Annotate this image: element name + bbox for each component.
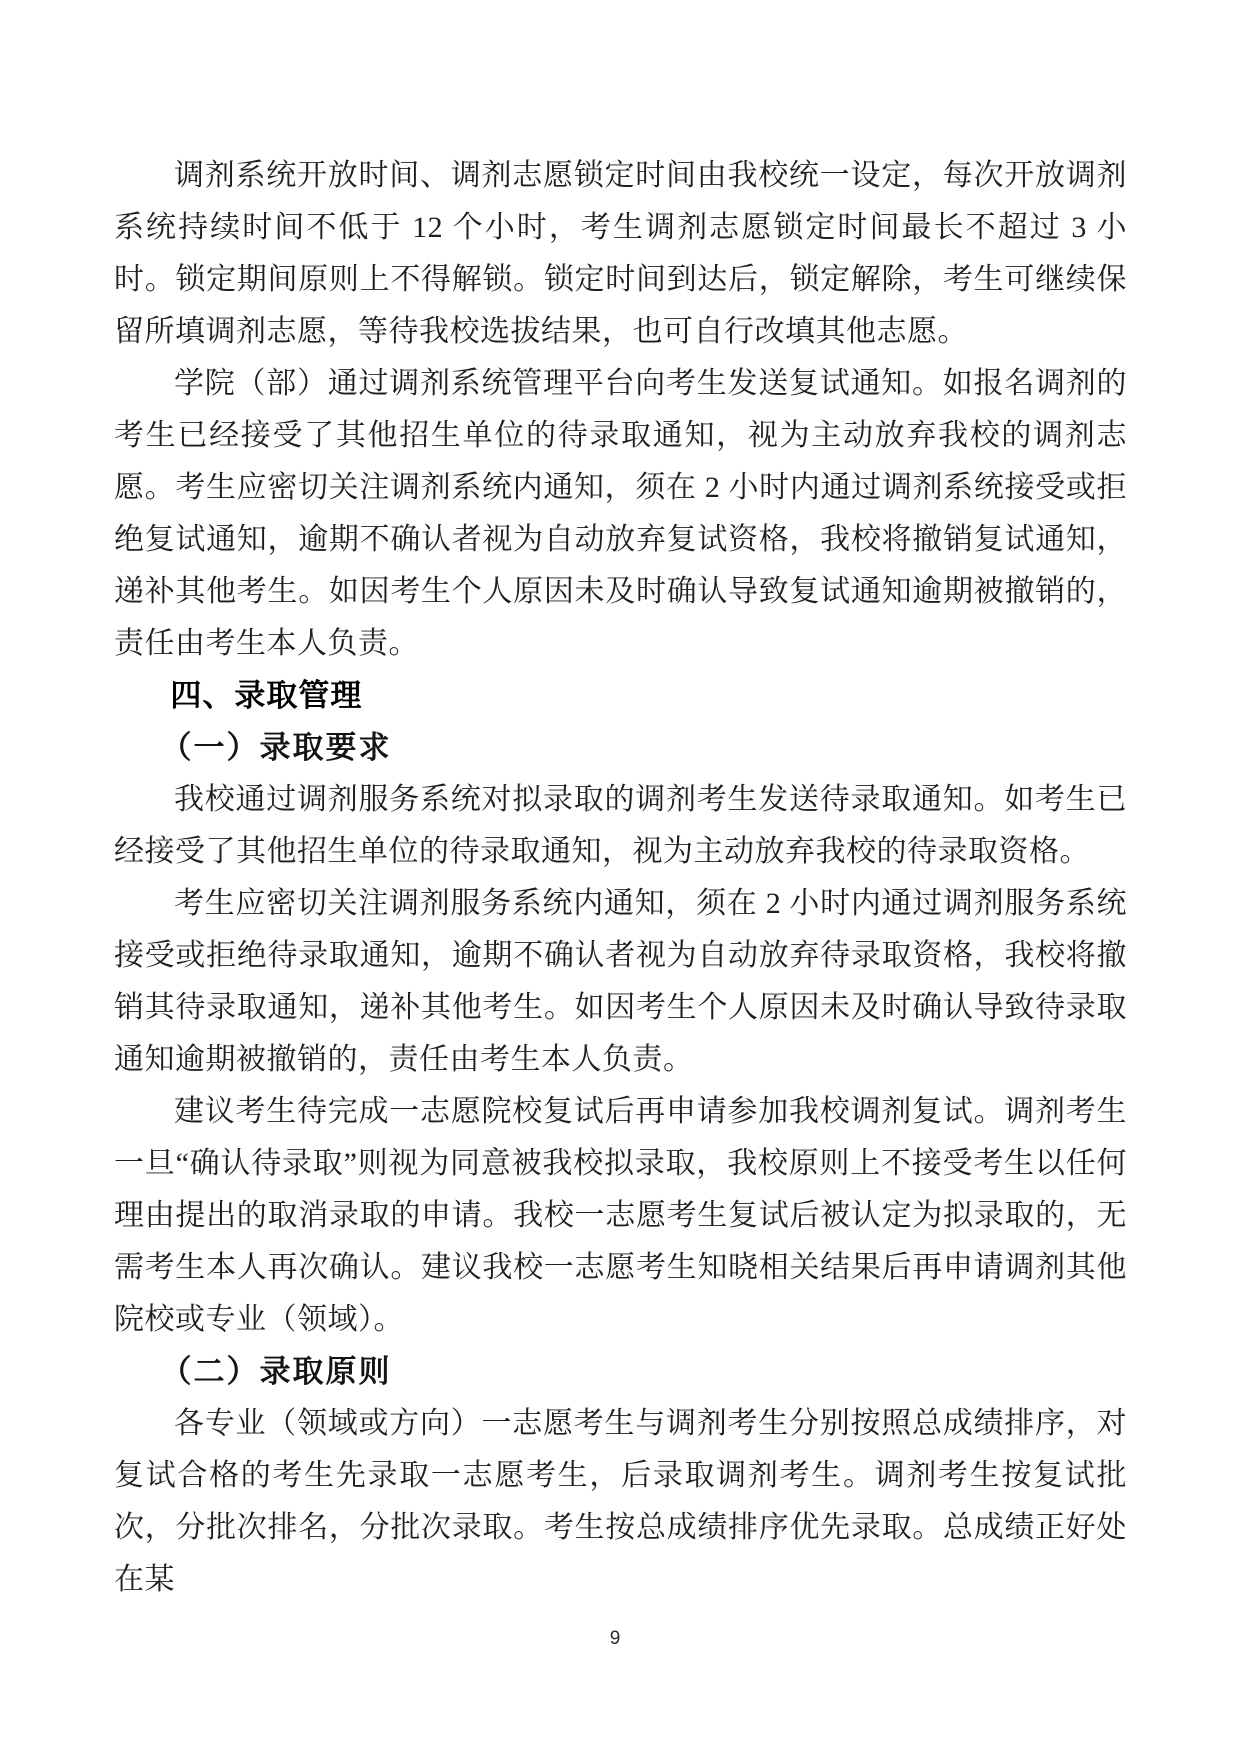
section-heading-admission-management: 四、录取管理 (114, 670, 1127, 722)
paragraph-ranking-rules: 各专业（领域或方向）一志愿考生与调剂考生分别按照总成绩排序，对复试合格的考生先录… (114, 1398, 1127, 1606)
paragraph-adjustment-system-time: 调剂系统开放时间、调剂志愿锁定时间由我校统一设定，每次开放调剂系统持续时间不低于… (114, 150, 1127, 358)
paragraph-advice-first-choice: 建议考生待完成一志愿院校复试后再申请参加我校调剂复试。调剂考生一旦“确认待录取”… (114, 1086, 1127, 1346)
document-body: 调剂系统开放时间、调剂志愿锁定时间由我校统一设定，每次开放调剂系统持续时间不低于… (114, 150, 1127, 1606)
subsection-heading-admission-principles: （二）录取原则 (114, 1346, 1127, 1398)
paragraph-confirm-deadline: 考生应密切关注调剂服务系统内通知，须在 2 小时内通过调剂服务系统接受或拒绝待录… (114, 878, 1127, 1086)
paragraph-pending-admission-notice: 我校通过调剂服务系统对拟录取的调剂考生发送待录取通知。如考生已经接受了其他招生单… (114, 774, 1127, 878)
document-page: 调剂系统开放时间、调剂志愿锁定时间由我校统一设定，每次开放调剂系统持续时间不低于… (0, 0, 1240, 1754)
subsection-heading-admission-requirements: （一）录取要求 (114, 722, 1127, 774)
page-number: 9 (0, 1628, 1230, 1650)
paragraph-retest-notice: 学院（部）通过调剂系统管理平台向考生发送复试通知。如报名调剂的考生已经接受了其他… (114, 358, 1127, 670)
